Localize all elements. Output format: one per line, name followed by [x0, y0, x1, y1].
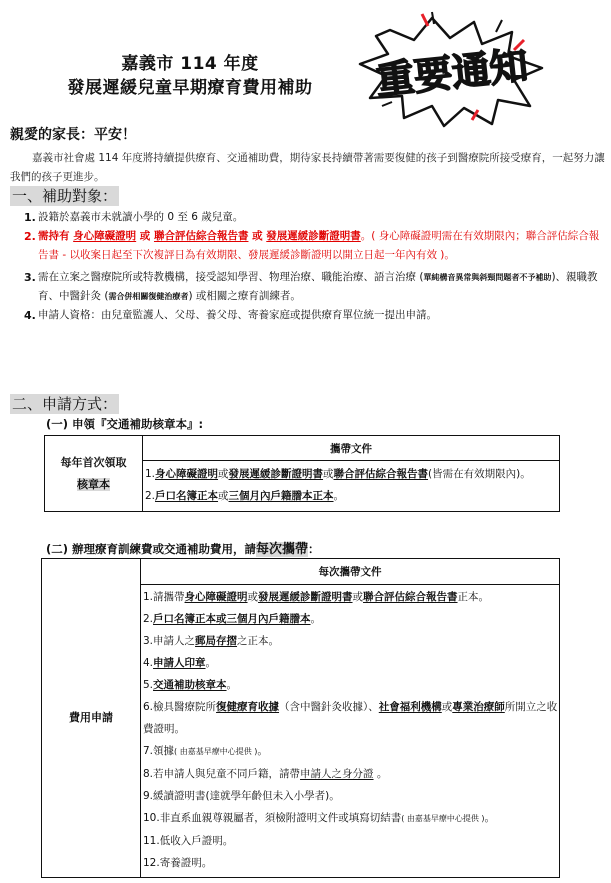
greeting: 親愛的家長：平安！ — [10, 124, 136, 144]
doc-item: 4.申請人印章。 — [141, 652, 559, 674]
eligibility-list: 1. 設籍於嘉義市未就讀小學的 0 至 6 歲兒童。 2. 需持有 身心障礙證明… — [24, 208, 609, 325]
doc-item: 12.寄養證明。 — [141, 852, 559, 874]
title-line-1: 嘉義市 114 年度 — [60, 52, 320, 76]
title-line-2: 發展遲緩兒童早期療育費用補助 — [60, 76, 320, 100]
doc-item: 2.戶口名簿正本或三個月內戶籍謄本正本。 — [143, 485, 559, 507]
section-heading-application: 二、申請方式： — [10, 394, 119, 414]
doc-item: 1.身心障礙證明或發展遲緩診斷證明書或聯合評估綜合報告書(皆需在有效期限內)。 — [143, 463, 559, 485]
table-first-time-docs: 每年首次領取 核章本 攜帶文件 1.身心障礙證明或發展遲緩診斷證明書或聯合評估綜… — [44, 435, 560, 512]
doc-item: 9.緩讀證明書(達就學年齡但未入小學者)。 — [141, 785, 559, 807]
row-label-first-time: 每年首次領取 核章本 — [45, 436, 143, 512]
doc-item: 2.戶口名簿正本或三個月內戶籍謄本。 — [141, 608, 559, 630]
docs-cell: 1.請攜帶身心障礙證明或發展遲緩診斷證明書或聯合評估綜合報告書正本。 2.戶口名… — [141, 585, 560, 878]
doc-delay-diagnosis: 發展遲緩診斷證明書 — [266, 230, 361, 242]
subheading-part2: (二) 辦理療育訓練費或交通補助費用，請每次攜帶： — [46, 540, 320, 559]
doc-item: 7.領據( 由嘉基早療中心提供 )。 — [141, 740, 559, 763]
subheading-part1: (一) 申領『交通補助核章本』: — [46, 415, 203, 433]
doc-item: 3.申請人之郵局存摺之正本。 — [141, 630, 559, 652]
doc-item: 5.交通補助核章本。 — [141, 674, 559, 696]
docs-cell: 1.身心障礙證明或發展遲緩診斷證明書或聯合評估綜合報告書(皆需在有效期限內)。 … — [143, 461, 560, 512]
intro-paragraph: 嘉義市社會處 114 年度將持續提供療育、交通補助費，期待家長持續帶著需要復健的… — [10, 149, 605, 187]
doc-disability-cert: 身心障礙證明 — [73, 230, 136, 242]
list-item: 3. 需在立案之醫療院所或特教機構，接受認知學習、物理治療、職能治療、語言治療 … — [24, 268, 609, 306]
row-label-fee-application: 費用申請 — [42, 559, 141, 878]
table-each-time-docs: 費用申請 每次攜帶文件 1.請攜帶身心障礙證明或發展遲緩診斷證明書或聯合評估綜合… — [41, 558, 560, 878]
doc-joint-assessment: 聯合評估綜合報告書 — [154, 230, 249, 242]
column-header-each-time-docs: 每次攜帶文件 — [141, 559, 560, 585]
section-heading-eligibility: 一、補助對象： — [10, 186, 119, 206]
list-item: 4. 申請人資格：由兒童監護人、父母、養父母、寄養家庭或提供療育單位統一提出申請… — [24, 306, 609, 325]
list-item-required-docs: 2. 需持有 身心障礙證明 或 聯合評估綜合報告書 或 發展遲緩診斷證明書。( … — [24, 227, 609, 265]
list-item: 1. 設籍於嘉義市未就讀小學的 0 至 6 歲兒童。 — [24, 208, 609, 227]
important-notice-stamp-icon: 重要通知 — [352, 10, 552, 128]
doc-item: 8.若申請人與兒童不同戶籍，請帶申請人之身分證 。 — [141, 763, 559, 785]
doc-item: 6.檢具醫療院所復健療育收據（含中醫針灸收據）、社會福利機構或專業治療師所開立之… — [141, 696, 559, 740]
doc-item: 1.請攜帶身心障礙證明或發展遲緩診斷證明書或聯合評估綜合報告書正本。 — [141, 586, 559, 608]
document-title: 嘉義市 114 年度 發展遲緩兒童早期療育費用補助 — [60, 52, 320, 100]
column-header-docs: 攜帶文件 — [143, 436, 560, 461]
doc-item: 11.低收入戶證明。 — [141, 830, 559, 852]
doc-item: 10.非直系血親尊親屬者，須檢附證明文件或填寫切結書( 由嘉基早療中心提供 )。 — [141, 807, 559, 830]
